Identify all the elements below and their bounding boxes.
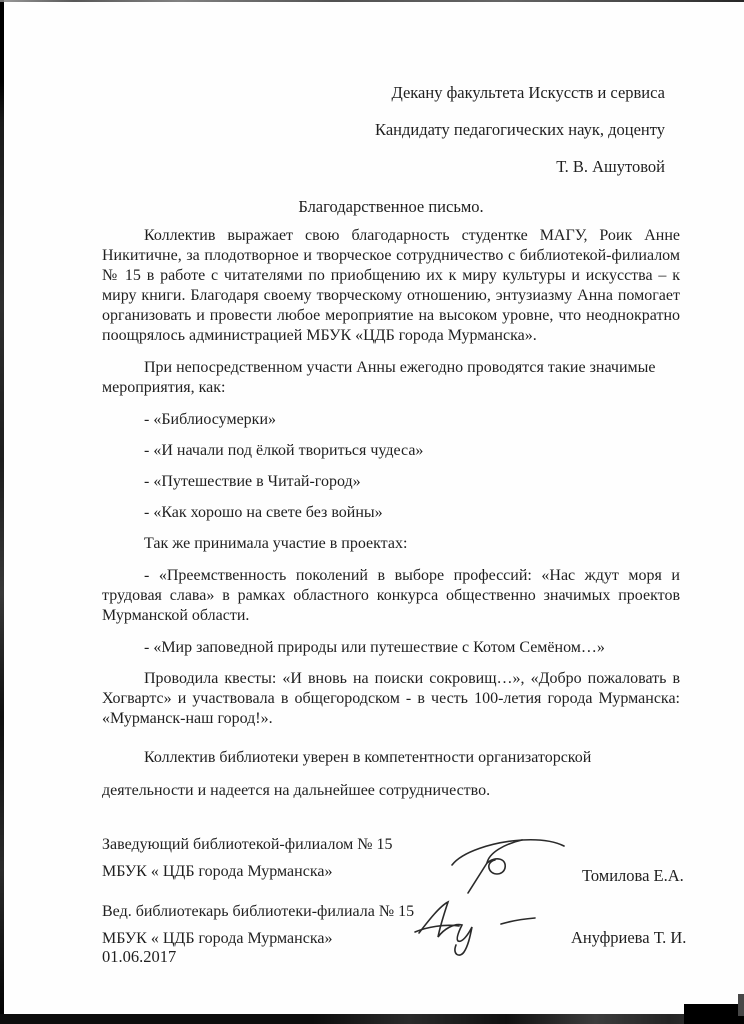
signature-name-tomilova: Томилова Е.А.: [582, 866, 684, 886]
signature-position-line: Вед. библиотекарь библиотеки-филиала № 1…: [102, 898, 414, 925]
paragraph-projects-lead: Так же принимала участие в проектах:: [102, 534, 680, 554]
handwritten-signature-tomilova: [448, 827, 570, 899]
scan-edge-right-notch: [738, 994, 744, 1016]
letter-title: Благодарственное письмо.: [102, 197, 680, 217]
project-list-item: - «Мир заповедной природы или путешестви…: [102, 638, 680, 658]
signature-name-anufrieva: Ануфриева Т. И.: [571, 928, 686, 948]
signature-position-line: МБУК « ЦДБ города Мурманска»: [102, 858, 393, 885]
recipient-line-1: Декану факультета Искусств и сервиса: [375, 74, 665, 111]
paragraph-closing: Коллектив библиотеки уверен в компетентн…: [102, 741, 680, 807]
event-list-item: - «И начали под ёлкой твориться чудеса»: [102, 441, 680, 461]
scan-edge-top: [0, 0, 744, 2]
signature-position-lead-librarian: Вед. библиотекарь библиотеки-филиала № 1…: [102, 898, 414, 952]
paragraph-intro: Коллектив выражает свою благодарность ст…: [102, 226, 680, 346]
scan-corner-bottom-right: [684, 1004, 744, 1024]
project-list-item: - «Преемственность поколений в выборе пр…: [102, 566, 680, 626]
scan-edge-left: [0, 0, 4, 1024]
recipient-line-3: Т. В. Ашутовой: [375, 148, 665, 185]
paragraph-events-lead: При непосредственном участи Анны ежегодн…: [102, 358, 680, 398]
event-list-item: - «Путешествие в Читай-город»: [102, 472, 680, 492]
letter-date: 01.06.2017: [102, 947, 176, 967]
event-list-item: - «Как хорошо на свете без войны»: [102, 503, 680, 523]
recipient-block: Декану факультета Искусств и сервиса Кан…: [375, 74, 665, 185]
scanned-letter-page: Декану факультета Искусств и сервиса Кан…: [0, 0, 744, 1024]
event-list-item: - «Библиосумерки»: [102, 410, 680, 430]
letter-body: Коллектив выражает свою благодарность ст…: [102, 226, 680, 819]
signature-position-line: Заведующий библиотекой-филиалом № 15: [102, 831, 393, 858]
recipient-line-2: Кандидату педагогических наук, доценту: [375, 111, 665, 148]
signature-position-head-librarian: Заведующий библиотекой-филиалом № 15 МБУ…: [102, 831, 393, 885]
handwritten-signature-anufrieva: [413, 893, 545, 959]
paragraph-quests: Проводила квесты: «И вновь на поиски сок…: [102, 669, 680, 729]
scan-edge-bottom: [0, 1014, 744, 1024]
